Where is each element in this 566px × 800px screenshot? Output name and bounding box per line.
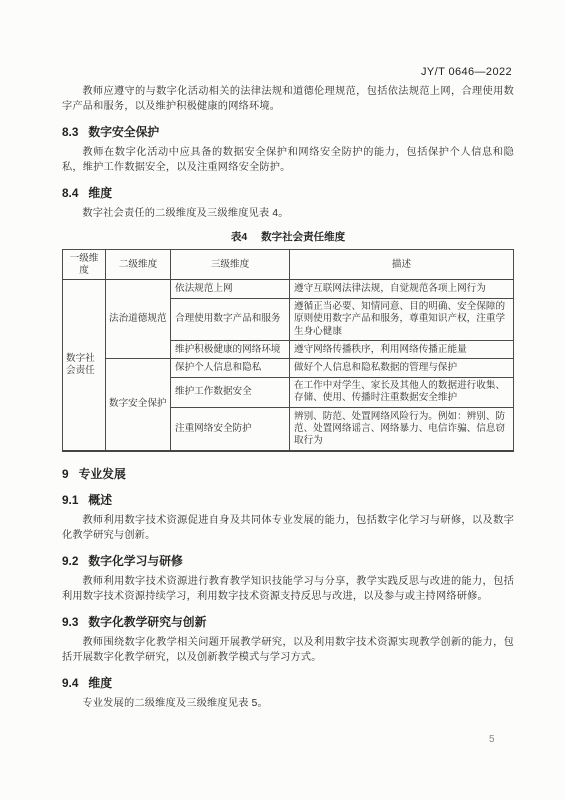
paragraph-9-2: 教师利用数字技术资源进行教育教学知识技能学习与分享，教学实践反思与改进的能力，包… — [62, 574, 514, 604]
section-heading-9-4: 9.4 维度 — [62, 674, 514, 691]
column-header-level1: 一级维度 — [63, 250, 106, 280]
cell-level3: 注重网络安全防护 — [171, 408, 290, 451]
cell-desc: 在工作中对学生、家长及其他人的数据进行收集、存储、使用、传播时注重数据安全维护 — [290, 377, 514, 407]
section-title: 数字安全保护 — [88, 123, 159, 140]
table-row: 数字社会责任 法治道德规范 依法规范上网 遵守互联网法律法规，自觉规范各项上网行… — [63, 280, 514, 298]
section-heading-8-4: 8.4 维度 — [62, 184, 514, 201]
cell-level2: 法治道德规范 — [106, 280, 171, 359]
paragraph-8-3: 教师在数字化活动中应具备的数据安全保护和网络安全防护的能力，包括保护个人信息和隐… — [62, 145, 514, 175]
cell-desc: 遵循正当必要、知情同意、目的明确、安全保障的原则使用数字产品和服务，尊重知识产权… — [290, 298, 514, 341]
column-header-level3: 三级维度 — [171, 250, 290, 280]
table-4-dimensions: 一级维度 二级维度 三级维度 描述 数字社会责任 法治道德规范 依法规范上网 遵… — [62, 249, 514, 452]
section-title: 数字化教学研究与创新 — [88, 613, 206, 630]
cell-level1: 数字社会责任 — [63, 280, 106, 451]
cell-desc: 做好个人信息和隐私数据的管理与保护 — [290, 359, 514, 377]
paragraph-intro: 教师应遵守的与数字化活动相关的法律法规和道德伦理规范，包括依法规范上网，合理使用… — [62, 84, 514, 114]
column-header-level2: 二级维度 — [106, 250, 171, 280]
section-title: 数字化学习与研修 — [88, 552, 182, 569]
section-number: 9.1 — [62, 493, 78, 507]
section-number: 8.3 — [62, 125, 78, 139]
section-title: 概述 — [88, 491, 112, 508]
page-content: 教师应遵守的与数字化活动相关的法律法规和道德伦理规范，包括依法规范上网，合理使用… — [62, 84, 514, 711]
doc-code: JY/T 0646—2022 — [421, 66, 512, 78]
section-heading-8-3: 8.3 数字安全保护 — [62, 123, 514, 140]
table-row: 数字安全保护 保护个人信息和隐私 做好个人信息和隐私数据的管理与保护 — [63, 359, 514, 377]
section-number: 9.3 — [62, 615, 78, 629]
section-title: 专业发展 — [79, 465, 126, 482]
section-number: 9.2 — [62, 554, 78, 568]
paragraph-8-4: 数字社会责任的二级维度及三级维度见表 4。 — [62, 206, 514, 221]
section-heading-9-1: 9.1 概述 — [62, 491, 514, 508]
table-header-row: 一级维度 二级维度 三级维度 描述 — [63, 250, 514, 280]
section-title: 维度 — [88, 184, 112, 201]
paragraph-9-3: 教师围绕数字化教学相关问题开展教学研究，以及利用数字技术资源实现教学创新的能力，… — [62, 635, 514, 665]
section-heading-9-2: 9.2 数字化学习与研修 — [62, 552, 514, 569]
section-heading-9: 9 专业发展 — [62, 465, 514, 482]
cell-level3: 维护工作数据安全 — [171, 377, 290, 407]
cell-level3: 依法规范上网 — [171, 280, 290, 298]
section-number: 9 — [62, 467, 69, 481]
section-title: 维度 — [88, 674, 112, 691]
paragraph-9-4: 专业发展的二级维度及三级维度见表 5。 — [62, 696, 514, 711]
table-caption: 表4 数字社会责任维度 — [62, 229, 514, 244]
section-number: 8.4 — [62, 186, 78, 200]
page-number: 5 — [489, 734, 495, 745]
table-caption-title: 数字社会责任维度 — [261, 231, 345, 243]
cell-level3: 维护积极健康的网络环境 — [171, 341, 290, 359]
cell-desc: 遵守网络传播秩序，利用网络传播正能量 — [290, 341, 514, 359]
cell-level3: 保护个人信息和隐私 — [171, 359, 290, 377]
section-number: 9.4 — [62, 676, 78, 690]
section-heading-9-3: 9.3 数字化教学研究与创新 — [62, 613, 514, 630]
column-header-desc: 描述 — [290, 250, 514, 280]
cell-desc: 遵守互联网法律法规，自觉规范各项上网行为 — [290, 280, 514, 298]
paragraph-9-1: 教师利用数字技术资源促进自身及共同体专业发展的能力，包括数字化学习与研修，以及数… — [62, 513, 514, 543]
table-caption-label: 表4 — [231, 231, 247, 243]
document-page: JY/T 0646—2022 教师应遵守的与数字化活动相关的法律法规和道德伦理规… — [0, 0, 566, 800]
cell-desc: 辨别、防范、处置网络风险行为。例如：辨别、防范、处置网络谣言、网络暴力、电信诈骗… — [290, 408, 514, 451]
cell-level3: 合理使用数字产品和服务 — [171, 298, 290, 341]
cell-level2: 数字安全保护 — [106, 359, 171, 451]
